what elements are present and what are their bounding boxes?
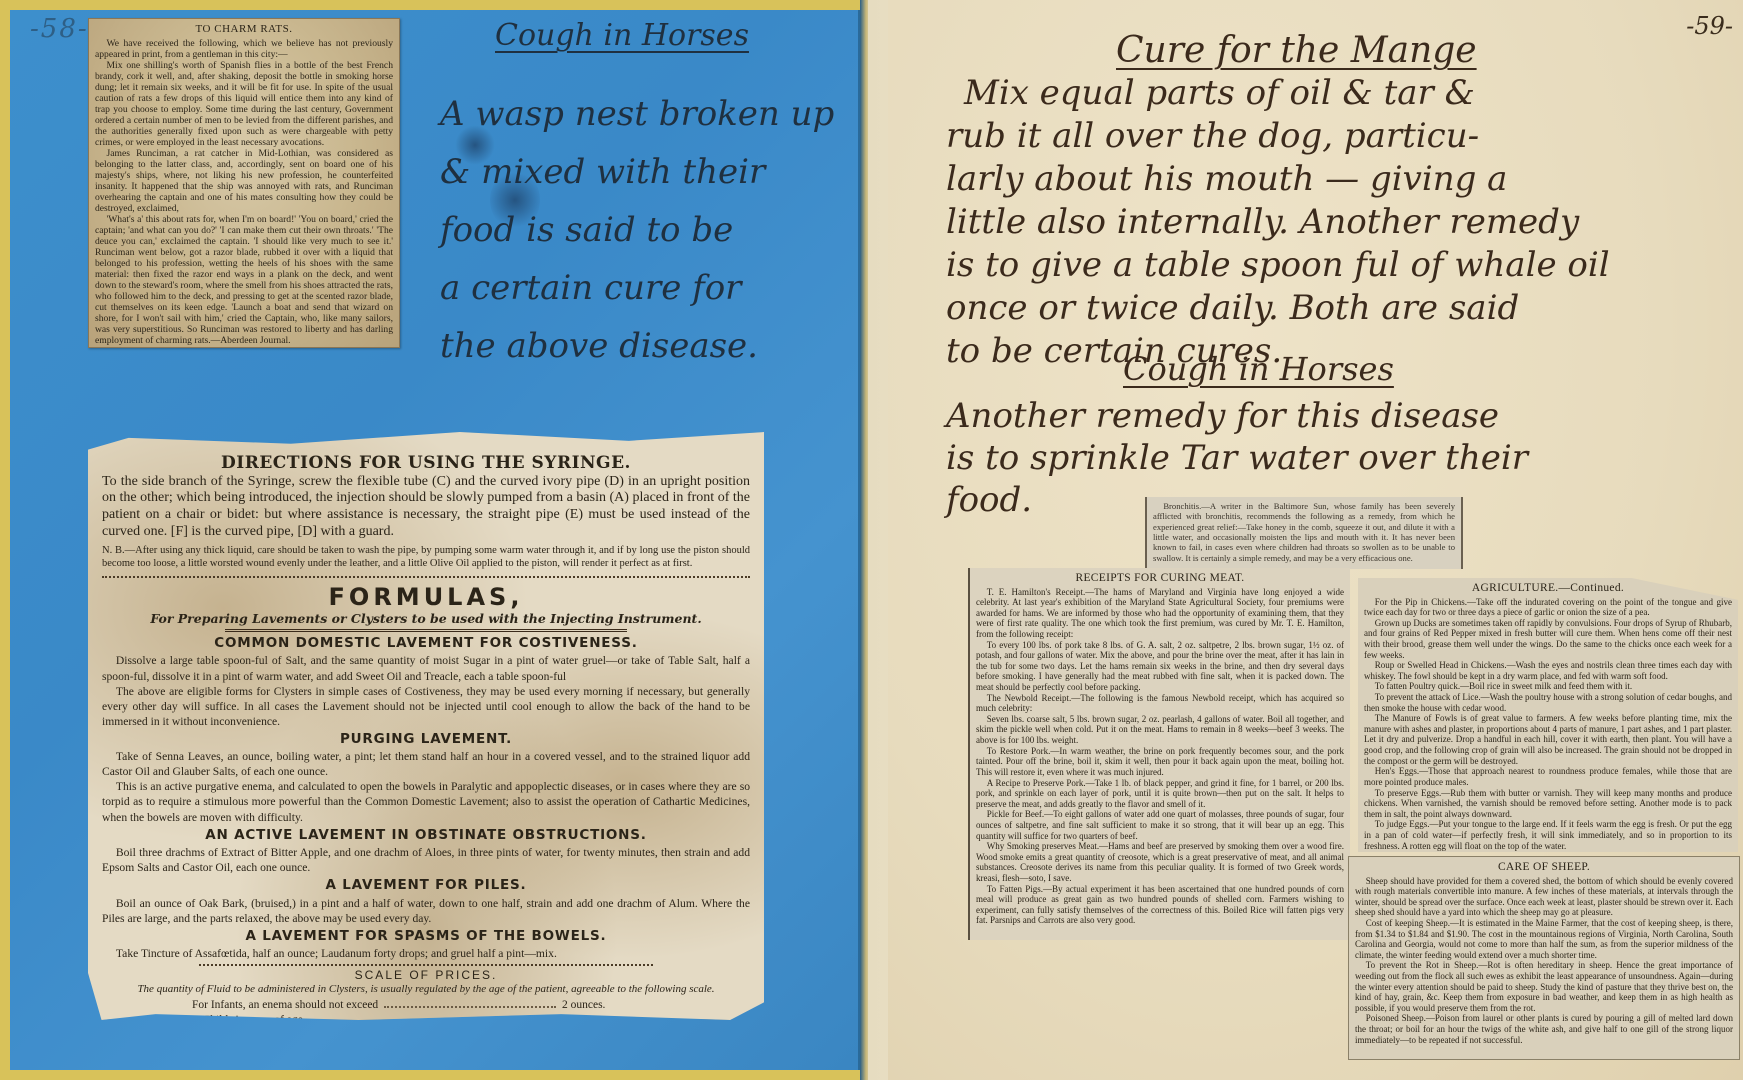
handwritten-mange-recipe: Mix equal parts of oil & tar & rub it al… [946, 72, 1610, 373]
clipping-paragraph: The Newbold Receipt.—The following is th… [976, 693, 1344, 714]
clipping-paragraph: Cost of keeping Sheep.—It is estimated i… [1355, 918, 1733, 960]
clipping-paragraph: 'What's a' this about rats for, when I'm… [95, 214, 393, 346]
section-heading: PURGING LAVEMENT. [102, 732, 750, 748]
handwritten-note-wasp-nest: A wasp nest broken up & mixed with their… [440, 85, 834, 375]
clipping-paragraph: The Manure of Fowls is of great value to… [1364, 713, 1732, 766]
handwritten-title-cough-horses-right: Cough in Horses [1123, 350, 1394, 388]
scale-title: SCALE OF PRICES. [102, 969, 750, 983]
handwritten-title-cough-horses-left: Cough in Horses [495, 18, 749, 53]
handwritten-line: a certain cure for [440, 259, 834, 317]
clipping-paragraph: To prevent the attack of Lice.—Wash the … [1364, 692, 1732, 713]
handwritten-line: once or twice daily. Both are said [946, 287, 1610, 330]
clipping-title: RECEIPTS FOR CURING MEAT. [976, 572, 1344, 586]
formulas-title: FORMULAS, [102, 584, 750, 612]
handwritten-line: is to give a table spoon ful of whale oi… [946, 244, 1610, 287]
clipping-paragraph: A Recipe to Preserve Pork.—Take 1 lb. of… [976, 778, 1344, 810]
section-paragraph: Take of Senna Leaves, an ounce, boiling … [102, 749, 750, 779]
clipping-paragraph: To prevent the Rot in Sheep.—Rot is ofte… [1355, 960, 1733, 1013]
section-paragraph: Take Tincture of Assafœtida, half an oun… [102, 946, 750, 961]
handwritten-line: Mix equal parts of oil & tar & [946, 72, 1610, 115]
section-paragraph: This is an active purgative enema, and c… [102, 779, 750, 824]
left-page: -58- TO CHARM RATS. We have received the… [0, 0, 868, 1080]
clipping-paragraph: To judge Eggs.—Put your tongue to the la… [1364, 819, 1732, 851]
handwritten-line: Another remedy for this disease [946, 395, 1528, 437]
section-paragraph: The above are eligible forms for Clyster… [102, 684, 750, 729]
section-heading: A LAVEMENT FOR PILES. [102, 878, 750, 894]
clipping-care-of-sheep: CARE OF SHEEP. Sheep should have provide… [1348, 856, 1740, 1060]
clipping-paragraph: James Runciman, a rat catcher in Mid-Lot… [95, 148, 393, 214]
clipping-title: DIRECTIONS FOR USING THE SYRINGE. [102, 454, 750, 474]
clipping-paragraph: To every 100 lbs. of pork take 8 lbs. of… [976, 640, 1344, 693]
handwritten-line: the above disease. [440, 317, 834, 375]
clipping-paragraph: We have received the following, which we… [95, 38, 393, 60]
clipping-paragraph: Grown up Ducks are sometimes taken off r… [1364, 618, 1732, 660]
clipping-paragraph: Sheep should have provided for them a co… [1355, 876, 1733, 918]
section-heading: COMMON DOMESTIC LAVEMENT FOR COSTIVENESS… [102, 636, 750, 652]
clipping-paragraph: To preserve Eggs.—Rub them with butter o… [1364, 788, 1732, 820]
ink-blot [455, 125, 495, 165]
clipping-bronchitis: Bronchitis.—A writer in the Baltimore Su… [1145, 497, 1463, 569]
clipping-title: CARE OF SHEEP. [1355, 861, 1733, 875]
clipping-paragraph: To Restore Pork.—In warm weather, the br… [976, 746, 1344, 778]
clipping-paragraph: Seven lbs. coarse salt, 5 lbs. brown sug… [976, 714, 1344, 746]
clipping-paragraph: Why Smoking preserves Meat.—Hams and bee… [976, 841, 1344, 883]
scrapbook-spread: -58- TO CHARM RATS. We have received the… [0, 0, 1743, 1080]
clipping-paragraph: To fatten Poultry quick.—Boil rice in sw… [1364, 681, 1732, 692]
clipping-paragraph: To Fatten Pigs.—By actual experiment it … [976, 884, 1344, 926]
formulas-subtitle: For Preparing Lavements or Clysters to b… [102, 612, 750, 626]
clipping-curing-meat: RECEIPTS FOR CURING MEAT. T. E. Hamilton… [968, 568, 1350, 940]
syringe-intro: To the side branch of the Syringe, screw… [102, 474, 750, 541]
clipping-paragraph: Mix one shilling's worth of Spanish flie… [95, 60, 393, 148]
section-paragraph: Boil an ounce of Oak Bark, (bruised,) in… [102, 896, 750, 926]
handwritten-line: is to sprinkle Tar water over their [946, 437, 1528, 479]
divider [102, 576, 750, 578]
clipping-paragraph: T. E. Hamilton's Receipt.—The hams of Ma… [976, 587, 1344, 640]
scale-row: For Infants, an enema should not exceed … [192, 998, 672, 1014]
clipping-paragraph: Hen's Eggs.—Those that approach nearest … [1364, 766, 1732, 787]
clipping-paragraph: For the Pip in Chickens.—Take off the in… [1364, 597, 1732, 618]
scale-note: The quantity of Fluid to be administered… [102, 983, 750, 996]
clipping-paragraph: Roup or Swelled Head in Chickens.—Wash t… [1364, 660, 1732, 681]
ink-blot [490, 170, 540, 230]
page-number-left: -58- [30, 14, 89, 44]
handwritten-line: A wasp nest broken up [440, 85, 834, 143]
section-paragraph: Dissolve a large table spoon-ful of Salt… [102, 653, 750, 683]
divider [225, 629, 627, 632]
handwritten-title-mange: Cure for the Mange [1116, 30, 1477, 71]
clipping-title: TO CHARM RATS. [95, 23, 393, 36]
handwritten-line: rub it all over the dog, particu- [946, 115, 1610, 158]
section-heading: A LAVEMENT FOR SPASMS OF THE BOWELS. [102, 929, 750, 945]
handwritten-line: little also internally. Another remedy [946, 201, 1610, 244]
syringe-note: N. B.—After using any thick liquid, care… [102, 544, 750, 570]
clipping-to-charm-rats: TO CHARM RATS. We have received the foll… [88, 18, 400, 348]
clipping-syringe-directions: DIRECTIONS FOR USING THE SYRINGE. To the… [88, 432, 764, 1020]
clipping-agriculture: AGRICULTURE.—Continued. For the Pip in C… [1358, 578, 1738, 852]
handwritten-line: larly about his mouth — giving a [946, 158, 1610, 201]
clipping-paragraph: Poisoned Sheep.—Poison from laurel or ot… [1355, 1013, 1733, 1045]
section-heading: AN ACTIVE LAVEMENT IN OBSTINATE OBSTRUCT… [102, 828, 750, 844]
section-paragraph: Boil three drachms of Extract of Bitter … [102, 845, 750, 875]
page-number-right: -59- [1686, 12, 1733, 40]
divider [199, 964, 653, 966]
clipping-paragraph: Pickle for Beef.—To eight gallons of wat… [976, 809, 1344, 841]
